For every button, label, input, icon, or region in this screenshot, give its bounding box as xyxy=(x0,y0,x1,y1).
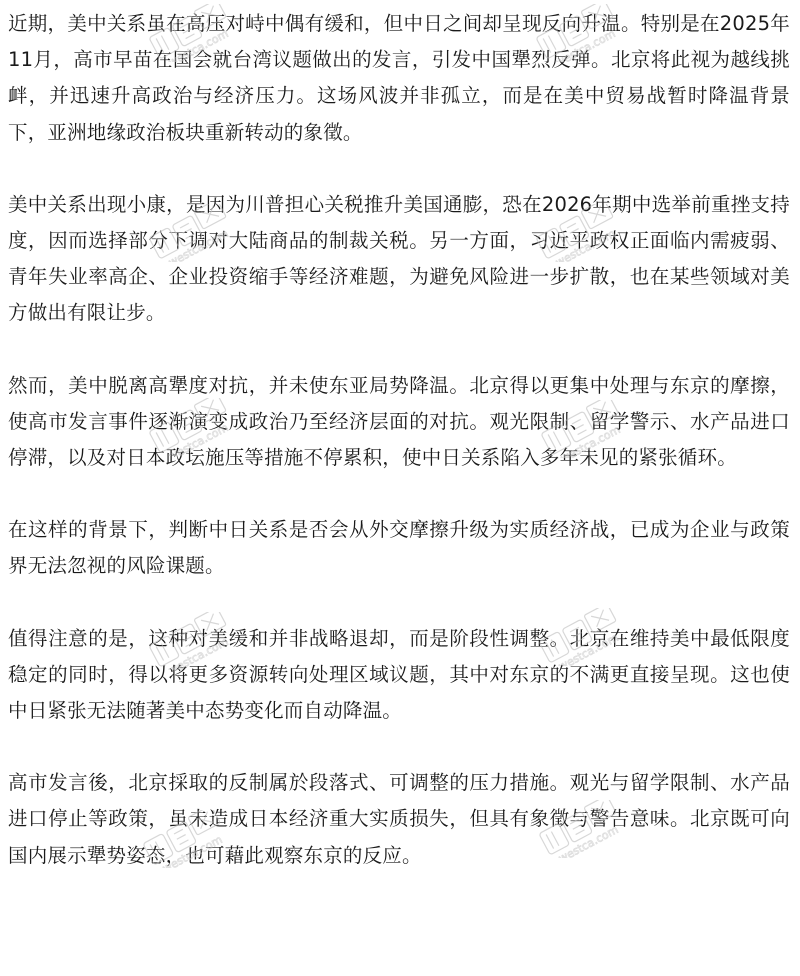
article-paragraph-1: 近期，美中关系虽在高压对峙中偶有缓和，但中日之间却呈现反向升温。特别是在2025… xyxy=(8,6,790,151)
article-paragraph-2: 美中关系出现小康，是因为川普担心关税推升美国通膨，恐在2026年期中选举前重挫支… xyxy=(8,187,790,332)
article-paragraph-3: 然而，美中脱离高犟度对抗，并未使东亚局势降温。北京得以更集中处理与东京的摩擦，使… xyxy=(8,368,790,477)
article-paragraph-4: 在这样的背景下，判断中日关系是否会从外交摩擦升级为实质经济战，已成为企业与政策界… xyxy=(8,512,790,584)
article-body: 近期，美中关系虽在高压对峙中偶有缓和，但中日之间却呈现反向升温。特别是在2025… xyxy=(8,6,790,874)
article-paragraph-5: 值得注意的是，这种对美缓和并非战略退却，而是阶段性调整。北京在维持美中最低限度稳… xyxy=(8,621,790,730)
article-paragraph-6: 高市发言後，北京採取的反制属於段落式、可调整的压力措施。观光与留学限制、水产品进… xyxy=(8,765,790,874)
